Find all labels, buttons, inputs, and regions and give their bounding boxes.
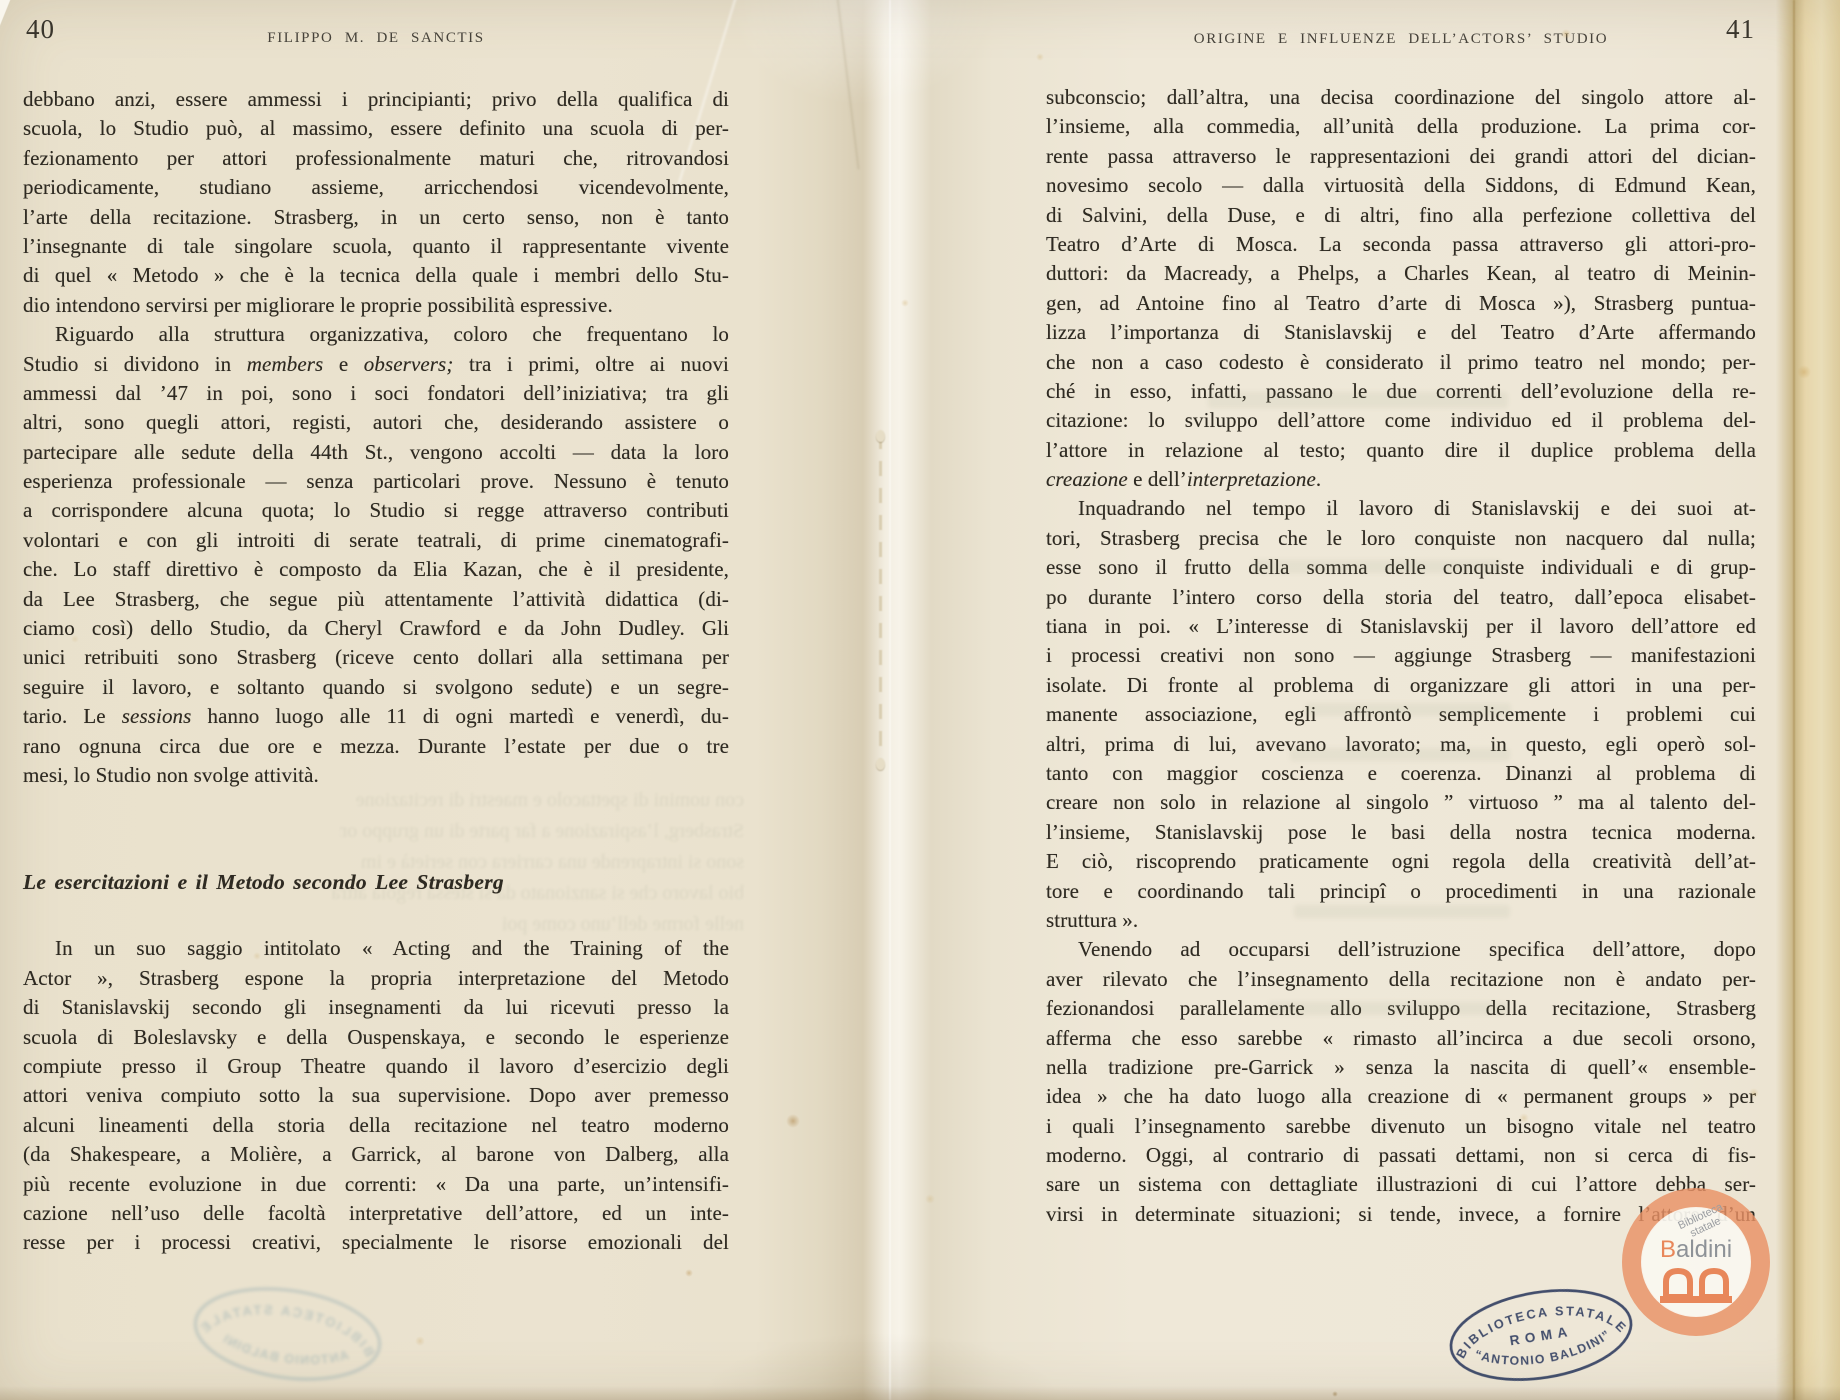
text-segment: di quel « Metodo » che è la tecnica dell… bbox=[23, 263, 729, 287]
text-segment: rano ognuna circa due ore e mezza. Duran… bbox=[23, 734, 729, 758]
text-line: ché in esso, infatti, passano le due cor… bbox=[1046, 377, 1756, 406]
stamp-center-text: ROMA bbox=[1509, 1324, 1574, 1349]
text-segment: isolate. Di fronte al problema di organi… bbox=[1046, 673, 1756, 697]
text-line: periodicamente, studiano assieme, arricc… bbox=[23, 173, 729, 202]
text-segment: afferma che esso sarebbe « rimasto all’i… bbox=[1046, 1026, 1756, 1050]
text-line: che. Lo staff direttivo è composto da El… bbox=[23, 555, 729, 584]
text-segment: ciamo così) dello Studio, da Cheryl Craw… bbox=[23, 616, 729, 640]
text-segment: seguire il lavoro, e soltanto quando si … bbox=[23, 675, 729, 699]
text-segment: i quali l’insegnamento sarebbe divenuto … bbox=[1046, 1114, 1756, 1138]
text-line: nella tradizione pre-Garrick » senza la … bbox=[1046, 1053, 1756, 1082]
text-segment: manente associazione, egli affrontò semp… bbox=[1046, 702, 1756, 726]
text-line: novesimo secolo — dalla virtuosità della… bbox=[1046, 171, 1756, 200]
text-line: da Lee Strasberg, che segue più attentam… bbox=[23, 585, 729, 614]
text-segment: subconscio; dall’altra, una decisa coord… bbox=[1046, 85, 1756, 109]
text-line: l’insegnante di tale singolare scuola, q… bbox=[23, 232, 729, 261]
text-line: che non a caso codesto è considerato il … bbox=[1046, 348, 1756, 377]
mirrored-stamp-bleed: BIBLIOTECA STATALE ANTONIO BALDINI bbox=[179, 1268, 396, 1400]
text-segment: i processi creativi non sono — aggiunge … bbox=[1046, 643, 1756, 667]
text-line: po durante l’intero corso della storia d… bbox=[1046, 583, 1756, 612]
text-segment: Teatro d’Arte di Mosca. La seconda passa… bbox=[1046, 232, 1756, 256]
text-segment: tanto con maggior coscienza e coerenza. … bbox=[1046, 761, 1756, 785]
text-line: unici retribuiti sono Strasberg (riceve … bbox=[23, 643, 729, 672]
text-line: subconscio; dall’altra, una decisa coord… bbox=[1046, 83, 1756, 112]
right-text-column: subconscio; dall’altra, una decisa coord… bbox=[1046, 83, 1756, 1229]
text-line: l’insieme, Stanislavskij pose le basi de… bbox=[1046, 818, 1756, 847]
book-scan: 40 FILIPPO M. DE SANCTIS ORIGINE E INFLU… bbox=[0, 0, 1840, 1400]
text-segment: compiute presso il Group Theatre quando … bbox=[23, 1054, 729, 1078]
text-line: creare non solo in relazione al singolo … bbox=[1046, 788, 1756, 817]
text-line: E ciò, riscoprendo praticamente ogni reg… bbox=[1046, 847, 1756, 876]
text-line: a corrispondere alcuna quota; lo Studio … bbox=[23, 496, 729, 525]
svg-text:ANTONIO BALDINI: ANTONIO BALDINI bbox=[218, 1330, 352, 1374]
text-line: In un suo saggio intitolato « Acting and… bbox=[23, 934, 729, 963]
text-segment: più recente evoluzione in due correnti: … bbox=[23, 1172, 729, 1196]
text-line: ciamo così) dello Studio, da Cheryl Craw… bbox=[23, 614, 729, 643]
section-heading: Le esercitazioni e il Metodo secondo Lee… bbox=[23, 867, 729, 897]
gutter-fold-highlight bbox=[889, 0, 891, 1400]
text-line: aver rilevato che l’insegnamento della r… bbox=[1046, 965, 1756, 994]
text-segment: hanno luogo alle 11 di ogni martedì e ve… bbox=[191, 704, 729, 728]
text-segment: l’attore in relazione al testo; quanto d… bbox=[1046, 438, 1756, 462]
mirror-stamp-top-text: BIBLIOTECA STATALE bbox=[195, 1291, 383, 1360]
foxing-spot bbox=[1797, 365, 1811, 379]
text-segment: l’arte della recitazione. Strasberg, in … bbox=[23, 205, 729, 229]
text-segment: l’insieme, Stanislavskij pose le basi de… bbox=[1046, 820, 1756, 844]
text-line: seguire il lavoro, e soltanto quando si … bbox=[23, 673, 729, 702]
text-line: tore e coordinando tali principî o proce… bbox=[1046, 877, 1756, 906]
text-line: idea » che ha dato luogo alla creazione … bbox=[1046, 1082, 1756, 1111]
italic-text-segment: interpretazione bbox=[1187, 467, 1316, 491]
text-segment: altri, prima di lui, avevano lavorato; m… bbox=[1046, 732, 1756, 756]
text-segment: fezionandosi parallelamente allo svilupp… bbox=[1046, 996, 1756, 1020]
text-segment: esperienza professionale — senza partico… bbox=[23, 469, 729, 493]
svg-text:BIBLIOTECA STATALE: BIBLIOTECA STATALE bbox=[1447, 1291, 1632, 1362]
text-line: tario. Le sessions hanno luogo alle 11 d… bbox=[23, 702, 729, 731]
text-segment: tiana in poi. « L’interesse di Stanislav… bbox=[1046, 614, 1756, 638]
text-segment: altri, sono quegli attori, registi, auto… bbox=[23, 410, 729, 434]
text-segment: Studio si dividono in bbox=[23, 352, 247, 376]
text-line: isolate. Di fronte al problema di organi… bbox=[1046, 671, 1756, 700]
text-segment: struttura ». bbox=[1046, 908, 1138, 932]
text-line: di Salvini, della Duse, e di altri, fino… bbox=[1046, 201, 1756, 230]
text-segment: l’insieme, alla commedia, all’unità dell… bbox=[1046, 114, 1756, 138]
text-segment: dio intendono servirsi per migliorare le… bbox=[23, 293, 613, 317]
text-line: di Stanislavskij secondo gli insegnament… bbox=[23, 993, 729, 1022]
text-segment: aver rilevato che l’insegnamento della r… bbox=[1046, 967, 1756, 991]
text-segment: mesi, lo Studio non svolge attività. bbox=[23, 763, 319, 787]
text-segment: debbano anzi, essere ammessi i principia… bbox=[23, 87, 729, 111]
text-line: citazione: lo sviluppo dell’attore come … bbox=[1046, 406, 1756, 435]
text-segment: Inquadrando nel tempo il lavoro di Stani… bbox=[1078, 496, 1756, 520]
svg-text:BIBLIOTECA STATALE: BIBLIOTECA STATALE bbox=[195, 1291, 383, 1360]
text-line: lizza l’importanza di Stanislavskij e de… bbox=[1046, 318, 1756, 347]
text-segment: citazione: lo sviluppo dell’attore come … bbox=[1046, 408, 1756, 432]
text-line: struttura ». bbox=[1046, 906, 1756, 935]
text-segment: l’insegnante di tale singolare scuola, q… bbox=[23, 234, 729, 258]
foxing-spot bbox=[1332, 1391, 1338, 1397]
text-line: l’insieme, alla commedia, all’unità dell… bbox=[1046, 112, 1756, 141]
text-line: resse per i processi creativi, specialme… bbox=[23, 1228, 729, 1257]
text-line: mesi, lo Studio non svolge attività. bbox=[23, 761, 729, 790]
text-segment: attori veniva compiuto sotto la sua supe… bbox=[23, 1083, 729, 1107]
italic-text-segment: observers; bbox=[364, 352, 454, 376]
text-segment: rente passa attraverso le rappresentazio… bbox=[1046, 144, 1756, 168]
text-segment: a corrispondere alcuna quota; lo Studio … bbox=[23, 498, 729, 522]
right-running-title: ORIGINE E INFLUENZE DELL’ACTORS’ STUDIO bbox=[1046, 31, 1756, 48]
foxing-spot bbox=[1036, 53, 1044, 61]
text-segment: cazione nell’uso delle facoltà interpret… bbox=[23, 1201, 729, 1225]
text-line: afferma che esso sarebbe « rimasto all’i… bbox=[1046, 1024, 1756, 1053]
text-segment: di Salvini, della Duse, e di altri, fino… bbox=[1046, 203, 1756, 227]
text-line: scuola di Boleslavsky e della Ouspenskay… bbox=[23, 1023, 729, 1052]
text-line: tori, Strasberg precisa che le loro conq… bbox=[1046, 524, 1756, 553]
foxing-spot bbox=[901, 299, 909, 307]
text-segment: tore e coordinando tali principî o proce… bbox=[1046, 879, 1756, 903]
text-segment: nella tradizione pre-Garrick » senza la … bbox=[1046, 1055, 1756, 1079]
text-line: (da Shakespeare, a Molière, a Garrick, a… bbox=[23, 1140, 729, 1169]
text-line: moderno. Oggi, al contrario di passati d… bbox=[1046, 1141, 1756, 1170]
text-segment: moderno. Oggi, al contrario di passati d… bbox=[1046, 1143, 1756, 1167]
text-line: Venendo ad occuparsi dell’istruzione spe… bbox=[1046, 935, 1756, 964]
library-logo-stamp: Biblioteca statale Baldini bbox=[1622, 1188, 1770, 1336]
text-segment: alcuni lineamenti della storia della rec… bbox=[23, 1113, 729, 1137]
text-segment: unici retribuiti sono Strasberg (riceve … bbox=[23, 645, 729, 669]
text-segment: po durante l’intero corso della storia d… bbox=[1046, 585, 1756, 609]
text-segment: (da Shakespeare, a Molière, a Garrick, a… bbox=[23, 1142, 729, 1166]
text-line: creazione e dell’interpretazione. bbox=[1046, 465, 1756, 494]
text-segment: duttori: da Macready, a Phelps, a Charle… bbox=[1046, 261, 1756, 285]
text-line: altri, sono quegli attori, registi, auto… bbox=[23, 408, 729, 437]
text-line: Riguardo alla struttura organizzativa, c… bbox=[23, 320, 729, 349]
italic-text-segment: sessions bbox=[122, 704, 192, 728]
text-segment: e dell’ bbox=[1128, 467, 1187, 491]
text-segment: resse per i processi creativi, specialme… bbox=[23, 1230, 729, 1254]
text-line: attori veniva compiuto sotto la sua supe… bbox=[23, 1081, 729, 1110]
text-segment: lizza l’importanza di Stanislavskij e de… bbox=[1046, 320, 1756, 344]
text-segment: Riguardo alla struttura organizzativa, c… bbox=[55, 322, 729, 346]
text-line: alcuni lineamenti della storia della rec… bbox=[23, 1111, 729, 1140]
text-line: Inquadrando nel tempo il lavoro di Stani… bbox=[1046, 494, 1756, 523]
text-segment: volontari e con gli introiti di serate t… bbox=[23, 528, 729, 552]
text-line: di quel « Metodo » che è la tecnica dell… bbox=[23, 261, 729, 290]
text-segment: In un suo saggio intitolato « Acting and… bbox=[55, 936, 729, 960]
text-segment: idea » che ha dato luogo alla creazione … bbox=[1046, 1084, 1756, 1108]
text-segment: periodicamente, studiano assieme, arricc… bbox=[23, 175, 729, 199]
text-line: più recente evoluzione in due correnti: … bbox=[23, 1170, 729, 1199]
text-line: compiute presso il Group Theatre quando … bbox=[23, 1052, 729, 1081]
text-segment: tra i primi, oltre ai nuovi bbox=[453, 352, 729, 376]
text-segment: fezionamento per attori professionalment… bbox=[23, 146, 729, 170]
text-line: esse sono il frutto della somma delle co… bbox=[1046, 553, 1756, 582]
text-segment: . bbox=[1316, 467, 1321, 491]
text-line: gen, ad Antoine fino al Teatro d’arte di… bbox=[1046, 289, 1756, 318]
text-line: rano ognuna circa due ore e mezza. Duran… bbox=[23, 732, 729, 761]
foxing-spot bbox=[786, 1114, 800, 1128]
text-segment: tario. Le bbox=[23, 704, 122, 728]
text-line: scuola, lo Studio può, al massimo, esser… bbox=[23, 114, 729, 143]
italic-text-segment: creazione bbox=[1046, 467, 1128, 491]
text-line: i processi creativi non sono — aggiunge … bbox=[1046, 641, 1756, 670]
text-line: debbano anzi, essere ammessi i principia… bbox=[23, 85, 729, 114]
text-line: Studio si dividono in members e observer… bbox=[23, 350, 729, 379]
text-segment: scuola, lo Studio può, al massimo, esser… bbox=[23, 116, 729, 140]
text-segment: che non a caso codesto è considerato il … bbox=[1046, 350, 1756, 374]
text-segment: novesimo secolo — dalla virtuosità della… bbox=[1046, 173, 1756, 197]
text-line: duttori: da Macready, a Phelps, a Charle… bbox=[1046, 259, 1756, 288]
text-line: rente passa attraverso le rappresentazio… bbox=[1046, 142, 1756, 171]
italic-text-segment: members bbox=[247, 352, 324, 376]
left-running-title: FILIPPO M. DE SANCTIS bbox=[23, 30, 729, 47]
text-line: l’attore in relazione al testo; quanto d… bbox=[1046, 436, 1756, 465]
oval-library-stamp: BIBLIOTECA STATALE ROMA “ANTONIO BALDINI… bbox=[1434, 1269, 1647, 1400]
text-line: tiana in poi. « L’interesse di Stanislav… bbox=[1046, 612, 1756, 641]
left-text-column: debbano anzi, essere ammessi i principia… bbox=[23, 85, 729, 1258]
stamp-top-text: BIBLIOTECA STATALE bbox=[1447, 1291, 1632, 1362]
text-line: cazione nell’uso delle facoltà interpret… bbox=[23, 1199, 729, 1228]
text-segment: ché in esso, infatti, passano le due cor… bbox=[1046, 379, 1756, 403]
logo-name: Baldini bbox=[1622, 1236, 1770, 1264]
foxing-spot bbox=[415, 1336, 425, 1346]
mirror-stamp-bottom-text: ANTONIO BALDINI bbox=[218, 1330, 352, 1374]
text-segment: Venendo ad occuparsi dell’istruzione spe… bbox=[1078, 937, 1756, 961]
foxing-spot bbox=[925, 1194, 935, 1204]
text-segment: gen, ad Antoine fino al Teatro d’arte di… bbox=[1046, 291, 1756, 315]
foxing-spot bbox=[685, 1269, 693, 1277]
text-segment: di Stanislavskij secondo gli insegnament… bbox=[23, 995, 729, 1019]
text-line: esperienza professionale — senza partico… bbox=[23, 467, 729, 496]
binding-stitch-thread bbox=[879, 434, 882, 764]
text-line: l’arte della recitazione. Strasberg, in … bbox=[23, 203, 729, 232]
text-line: i quali l’insegnamento sarebbe divenuto … bbox=[1046, 1112, 1756, 1141]
text-segment: partecipare alle sedute della 44th St., … bbox=[23, 440, 729, 464]
text-line: volontari e con gli introiti di serate t… bbox=[23, 526, 729, 555]
text-line: dio intendono servirsi per migliorare le… bbox=[23, 291, 729, 320]
open-book-icon bbox=[1658, 1266, 1734, 1306]
text-segment: tori, Strasberg precisa che le loro conq… bbox=[1046, 526, 1756, 550]
paper-edge-strip bbox=[1793, 0, 1795, 1400]
text-line: partecipare alle sedute della 44th St., … bbox=[23, 438, 729, 467]
text-line: altri, prima di lui, avevano lavorato; m… bbox=[1046, 730, 1756, 759]
text-line: ammessi dal ’47 in poi, sono i soci fond… bbox=[23, 379, 729, 408]
text-segment: creare non solo in relazione al singolo … bbox=[1046, 790, 1756, 814]
text-line: manente associazione, egli affrontò semp… bbox=[1046, 700, 1756, 729]
text-line: Actor », Strasberg espone la propria int… bbox=[23, 964, 729, 993]
text-segment: ammessi dal ’47 in poi, sono i soci fond… bbox=[23, 381, 729, 405]
text-line: Teatro d’Arte di Mosca. La seconda passa… bbox=[1046, 230, 1756, 259]
text-segment: da Lee Strasberg, che segue più attentam… bbox=[23, 587, 729, 611]
fold-crease bbox=[834, 0, 859, 169]
text-line: fezionandosi parallelamente allo svilupp… bbox=[1046, 994, 1756, 1023]
right-page-number: 41 bbox=[1726, 14, 1755, 45]
text-segment: Actor », Strasberg espone la propria int… bbox=[23, 966, 729, 990]
text-line: fezionamento per attori professionalment… bbox=[23, 144, 729, 173]
text-segment: e bbox=[323, 352, 363, 376]
text-segment: E ciò, riscoprendo praticamente ogni reg… bbox=[1046, 849, 1756, 873]
text-segment: esse sono il frutto della somma delle co… bbox=[1046, 555, 1756, 579]
text-line: tanto con maggior coscienza e coerenza. … bbox=[1046, 759, 1756, 788]
text-segment: che. Lo staff direttivo è composto da El… bbox=[23, 557, 729, 581]
text-segment: scuola di Boleslavsky e della Ouspenskay… bbox=[23, 1025, 729, 1049]
